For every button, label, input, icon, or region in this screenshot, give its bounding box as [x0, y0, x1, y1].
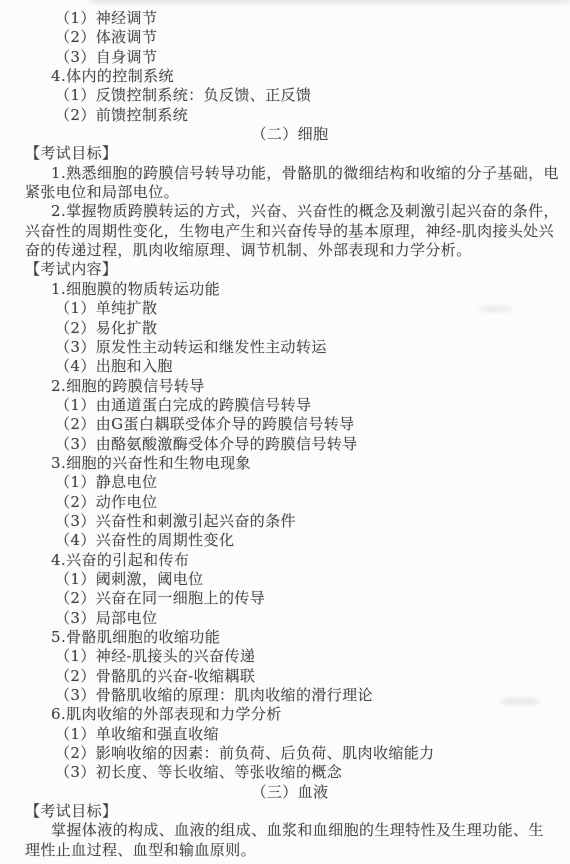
text-line: 1.细胞膜的物质转运功能 [25, 280, 555, 299]
text-line: 3.细胞的兴奋性和生物电现象 [25, 454, 555, 473]
text-line: （2）前馈控制系统 [25, 106, 555, 125]
text-line: （1）反馈控制系统：负反馈、正反馈 [25, 86, 555, 105]
text-line: 4.兴奋的引起和传布 [25, 551, 555, 570]
text-line: 5.骨骼肌细胞的收缩功能 [25, 628, 555, 647]
text-line: 兴奋性的周期性变化，生物电产生和兴奋传导的基本原理，神经-肌肉接头处兴 [25, 222, 555, 241]
text-line: （1）神经-肌接头的兴奋传递 [25, 647, 555, 666]
text-line: 紧张电位和局部电位。 [25, 183, 555, 202]
section-heading: （三）血液 [25, 783, 555, 802]
text-line: （2）体液调节 [25, 28, 555, 47]
text-line: （2）易化扩散 [25, 319, 555, 338]
document-text-block: （1）神经调节（2）体液调节（3）自身调节4.体内的控制系统（1）反馈控制系统：… [25, 9, 555, 860]
text-line: （1）由通道蛋白完成的跨膜信号转导 [25, 396, 555, 415]
block-heading: 【考试目标】 [25, 802, 555, 821]
text-line: （2）影响收缩的因素：前负荷、后负荷、肌肉收缩能力 [25, 744, 555, 763]
text-line: （4）兴奋性的周期性变化 [25, 531, 555, 550]
text-line: （1）静息电位 [25, 473, 555, 492]
text-line: （3）初长度、等长收缩、等张收缩的概念 [25, 763, 555, 782]
text-line: （3）骨骼肌收缩的原理：肌肉收缩的滑行理论 [25, 686, 555, 705]
text-line: （2）骨骼肌的兴奋-收缩耦联 [25, 667, 555, 686]
text-line: （3）兴奋性和刺激引起兴奋的条件 [25, 512, 555, 531]
syllabus-document-page: （1）神经调节（2）体液调节（3）自身调节4.体内的控制系统（1）反馈控制系统：… [0, 0, 570, 864]
text-line: （1）阈刺激，阈电位 [25, 570, 555, 589]
text-line: （1）单收缩和强直收缩 [25, 725, 555, 744]
text-line: 4.体内的控制系统 [25, 67, 555, 86]
text-line: 掌握体液的构成、血液的组成、血浆和血细胞的生理特性及生理功能、生 [25, 821, 555, 840]
text-line: 理性止血过程、血型和输血原则。 [25, 841, 555, 860]
block-heading: 【考试目标】 [25, 144, 555, 163]
text-line: （1）单纯扩散 [25, 299, 555, 318]
text-line: 奋的传递过程，肌肉收缩原理、调节机制、外部表现和力学分析。 [25, 241, 555, 260]
text-line: （4）出胞和入胞 [25, 357, 555, 376]
text-line: 1.熟悉细胞的跨膜信号转导功能，骨骼肌的微细结构和收缩的分子基础，电 [25, 164, 555, 183]
text-line: 2.掌握物质跨膜转运的方式，兴奋、兴奋性的概念及刺激引起兴奋的条件， [25, 202, 555, 221]
text-line: （3）局部电位 [25, 609, 555, 628]
text-line: （2）动作电位 [25, 493, 555, 512]
scan-artifact-top-edge [90, 0, 570, 3]
block-heading: 【考试内容】 [25, 260, 555, 279]
text-line: 6.肌肉收缩的外部表现和力学分析 [25, 705, 555, 724]
text-line: （1）神经调节 [25, 9, 555, 28]
text-line: （2）由G蛋白耦联受体介导的跨膜信号转导 [25, 415, 555, 434]
text-line: （3）自身调节 [25, 48, 555, 67]
text-line: 2.细胞的跨膜信号转导 [25, 377, 555, 396]
text-line: （3）原发性主动转运和继发性主动转运 [25, 338, 555, 357]
section-heading: （二）细胞 [25, 125, 555, 144]
text-line: （3）由酪氨酸激酶受体介导的跨膜信号转导 [25, 435, 555, 454]
text-line: （2）兴奋在同一细胞上的传导 [25, 589, 555, 608]
